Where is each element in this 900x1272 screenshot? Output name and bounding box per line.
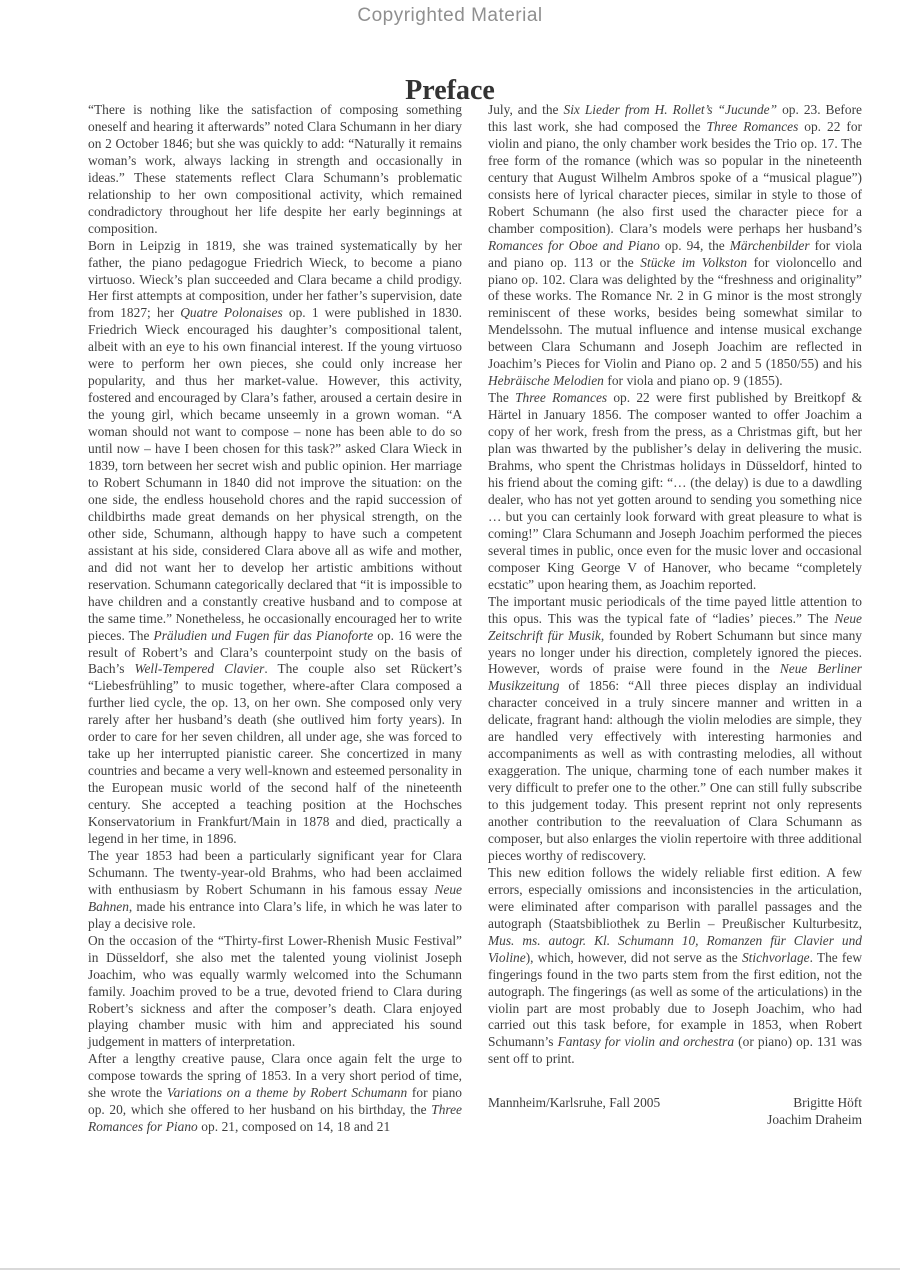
preface-page: Copyrighted Material Preface “There is n… (0, 0, 900, 1272)
right-column: July, and the Six Lieder from H. Rollet’… (488, 102, 862, 1136)
text-columns: “There is nothing like the satisfaction … (88, 102, 862, 1136)
body-text: op. 22 were first published by Breitkopf… (488, 390, 862, 591)
italic-work-title: Präludien und Fugen für das Pianoforte (154, 628, 374, 643)
paragraph: Born in Leipzig in 1819, she was trained… (88, 238, 462, 848)
body-text: for violoncello and piano op. 102. Clara… (488, 255, 862, 372)
paragraph: On the occasion of the “Thirty-first Low… (88, 933, 462, 1052)
body-text: . The couple also set Rückert’s “Liebesf… (88, 661, 462, 846)
body-text: “There is nothing like the satisfaction … (88, 102, 462, 236)
signature-authors: Brigitte HöftJoachim Draheim (767, 1094, 862, 1128)
body-text: , made his entrance into Clara’s life, i… (88, 899, 462, 931)
italic-work-title: Romances for Oboe and Piano (488, 238, 660, 253)
author-name: Joachim Draheim (767, 1111, 862, 1128)
italic-work-title: Three Romances (707, 119, 799, 134)
paragraph: This new edition follows the widely reli… (488, 865, 862, 1068)
left-column: “There is nothing like the satisfaction … (88, 102, 462, 1136)
italic-work-title: Quatre Polonaises (180, 305, 282, 320)
paragraph: July, and the Six Lieder from H. Rollet’… (488, 102, 862, 390)
body-text: The important music periodicals of the t… (488, 594, 862, 626)
body-text: ), which, however, did not serve as the (526, 950, 742, 965)
paragraph: “There is nothing like the satisfaction … (88, 102, 462, 238)
body-text: The (488, 390, 515, 405)
italic-work-title: Märchenbilder (730, 238, 810, 253)
signature-place-date: Mannheim/Karlsruhe, Fall 2005 (488, 1094, 660, 1111)
body-text: On the occasion of the “Thirty-first Low… (88, 933, 462, 1050)
body-text: op. 21, composed on 14, 18 and 21 (198, 1119, 390, 1134)
signature-block: Mannheim/Karlsruhe, Fall 2005Brigitte Hö… (488, 1094, 862, 1128)
paragraph: After a lengthy creative pause, Clara on… (88, 1051, 462, 1136)
body-text: op. 1 were published in 1830. Friedrich … (88, 305, 462, 642)
scan-edge-line (0, 1268, 900, 1270)
body-text: for viola and piano op. 9 (1855). (604, 373, 783, 388)
body-text: July, and the (488, 102, 564, 117)
italic-work-title: Stichvorlage (742, 950, 810, 965)
italic-work-title: Three Romances (515, 390, 607, 405)
italic-work-title: Stücke im Volkston (640, 255, 747, 270)
copyright-banner: Copyrighted Material (0, 5, 900, 27)
paragraph: The year 1853 had been a particularly si… (88, 848, 462, 933)
body-text: The year 1853 had been a particularly si… (88, 848, 462, 897)
body-text: op. 22 for violin and piano, the only ch… (488, 119, 862, 236)
paragraph: The important music periodicals of the t… (488, 594, 862, 865)
body-text: This new edition follows the widely reli… (488, 865, 862, 931)
author-name: Brigitte Höft (767, 1094, 862, 1111)
body-text: op. 94, the (660, 238, 730, 253)
body-text: of 1856: “All three pieces display an in… (488, 678, 862, 863)
italic-work-title: Variations on a theme by Robert Schumann (167, 1085, 407, 1100)
italic-work-title: Well-Tempered Clavier (135, 661, 265, 676)
paragraph: The Three Romances op. 22 were first pub… (488, 390, 862, 593)
italic-work-title: Six Lieder from H. Rollet’s “Jucunde” (564, 102, 778, 117)
italic-work-title: Hebräische Melodien (488, 373, 604, 388)
italic-work-title: Fantasy for violin and orchestra (558, 1034, 735, 1049)
